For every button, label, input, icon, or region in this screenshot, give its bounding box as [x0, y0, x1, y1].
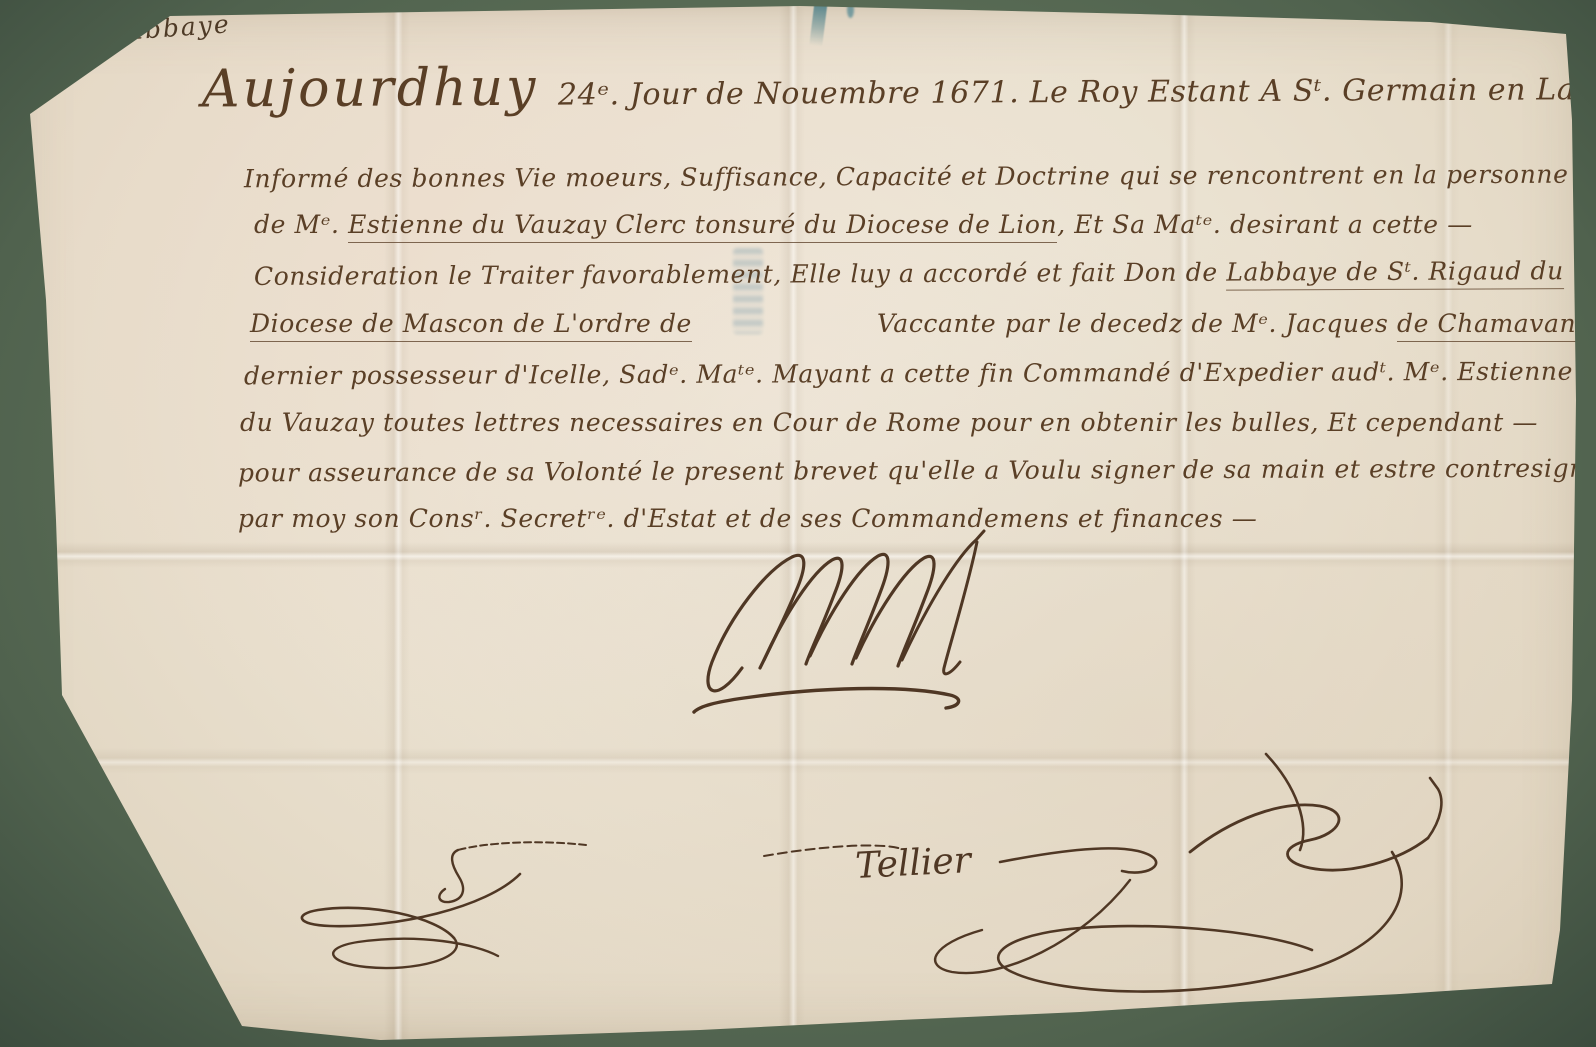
text-segment: pour asseurance de sa Volonté le present… [238, 454, 1596, 488]
text-segment: du Vauzay toutes lettres necessaires en … [240, 408, 1538, 437]
right-paraph-flourish [998, 754, 1441, 992]
blue-ink-dot [847, 2, 854, 18]
text-line: du Vauzay toutes lettres necessaires en … [240, 408, 1538, 437]
document-body: Aujourdhuy 24ᵉ. Jour de Nouembre 1671. L… [202, 76, 1547, 111]
text-segment: Informé des bonnes Vie moeurs, Suffisanc… [244, 160, 1569, 194]
tellier-signature-text: Tellier [854, 840, 973, 887]
vertical-fold-crease [1434, 0, 1460, 1047]
blue-ink-streak [809, 0, 828, 47]
underlined-text-segment: Estienne du Vauzay Clerc tonsuré du Dioc… [348, 210, 1057, 243]
le-tellier-countersignature: Tellier [764, 840, 1156, 973]
underlined-text-segment: Labbaye de Sᵗ. Rigaud du [1226, 256, 1564, 290]
text-segment: Consideration le Traiter favorablement, … [254, 258, 1226, 291]
text-line: pour asseurance de sa Volonté le present… [238, 454, 1596, 488]
text-line: dernier possesseur d'Icelle, Sadᵉ. Maᵗᵉ.… [244, 357, 1573, 391]
text-line: Aujourdhuy 24ᵉ. Jour de Nouembre 1671. L… [202, 72, 1547, 114]
parchment-document: don d'abbaye Aujourdhuy 24ᵉ. Jour de Nou… [0, 0, 1596, 1047]
text-segment: Vaccante par le decedz de Mᵉ. Jacques [877, 309, 1397, 338]
text-segment: dernier possesseur d'Icelle, Sadᵉ. Maᵗᵉ.… [244, 357, 1573, 391]
opening-word: Aujourdhuy [202, 58, 558, 120]
underlined-text-segment: de Chamavante [1397, 309, 1596, 342]
photo-background: don d'abbaye Aujourdhuy 24ᵉ. Jour de Nou… [0, 0, 1596, 1047]
text-line: Consideration le Traiter favorablement, … [254, 256, 1564, 291]
horizontal-fold-crease [0, 748, 1596, 774]
louis-royal-signature [694, 531, 984, 712]
text-line: par moy son Consʳ. Secretʳᵉ. d'Estat et … [238, 504, 1257, 533]
text-line: de Mᵉ. Estienne du Vauzay Clerc tonsuré … [254, 210, 1473, 239]
text-segment: 24ᵉ. Jour de Nouembre 1671. Le Roy Estan… [558, 72, 1596, 113]
text-segment: par moy son Consʳ. Secretʳᵉ. d'Estat et … [238, 504, 1257, 533]
left-paraph-flourish [302, 842, 586, 968]
text-line: Diocese de Mascon de L'ordre deVaccante … [250, 309, 1596, 338]
underlined-text-segment: Diocese de Mascon de L'ordre de [250, 309, 692, 342]
horizontal-fold-crease [0, 542, 1596, 568]
text-segment: , Et Sa Maᵗᵉ. desirant a cette — [1057, 210, 1473, 239]
corner-annotation: don d'abbaye [37, 9, 231, 51]
text-line: Informé des bonnes Vie moeurs, Suffisanc… [244, 160, 1569, 194]
text-segment: de Mᵉ. [254, 210, 348, 239]
